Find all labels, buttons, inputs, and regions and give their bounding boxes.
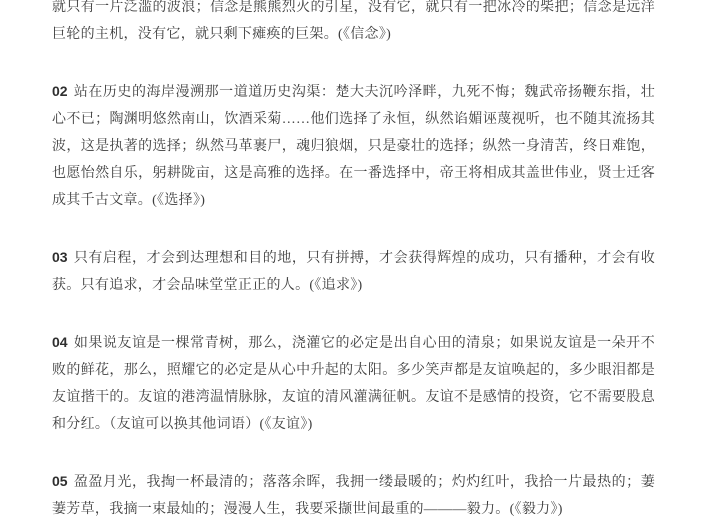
document-page: 就只有一片泛滥的波浪；信念是熊熊烈火的引星，没有它，就只有一把冰冷的柴把；信念是… [0, 0, 701, 523]
paragraph-number: 04 [52, 334, 68, 350]
paragraph-03: 03只有启程，才会到达理想和目的地，只有拼搏，才会获得辉煌的成功，只有播种，才会… [52, 244, 655, 299]
paragraph-02: 02站在历史的海岸漫溯那一道道历史沟渠：楚大夫沉吟泽畔，九死不悔；魏武帝扬鞭东指… [52, 78, 655, 214]
paragraph-number: 03 [52, 249, 68, 265]
paragraph-text: 站在历史的海岸漫溯那一道道历史沟渠：楚大夫沉吟泽畔，九死不悔；魏武帝扬鞭东指，壮… [52, 85, 655, 208]
paragraph-04: 04如果说友谊是一棵常青树，那么，浇灌它的必定是出自心田的清泉；如果说友谊是一朵… [52, 329, 655, 438]
paragraph-text: 如果说友谊是一棵常青树，那么，浇灌它的必定是出自心田的清泉；如果说友谊是一朵开不… [52, 336, 655, 432]
paragraph-text: 只有启程，才会到达理想和目的地，只有拼搏，才会获得辉煌的成功，只有播种，才会有收… [52, 251, 655, 293]
paragraph-number: 05 [52, 473, 68, 489]
paragraph-text: 盈盈月光，我掏一杯最清的；落落余晖，我拥一缕最暖的；灼灼红叶，我拾一片最热的；萋… [52, 475, 655, 517]
intro-paragraph-text: 就只有一片泛滥的波浪；信念是熊熊烈火的引星，没有它，就只有一把冰冷的柴把；信念是… [52, 0, 655, 42]
paragraph-05: 05盈盈月光，我掏一杯最清的；落落余晖，我拥一缕最暖的；灼灼红叶，我拾一片最热的… [52, 468, 655, 523]
document-viewport: 就只有一片泛滥的波浪；信念是熊熊烈火的引星，没有它，就只有一把冰冷的柴把；信念是… [0, 0, 701, 526]
intro-paragraph-fragment: 就只有一片泛滥的波浪；信念是熊熊烈火的引星，没有它，就只有一把冰冷的柴把；信念是… [52, 0, 655, 48]
paragraph-number: 02 [52, 83, 68, 99]
